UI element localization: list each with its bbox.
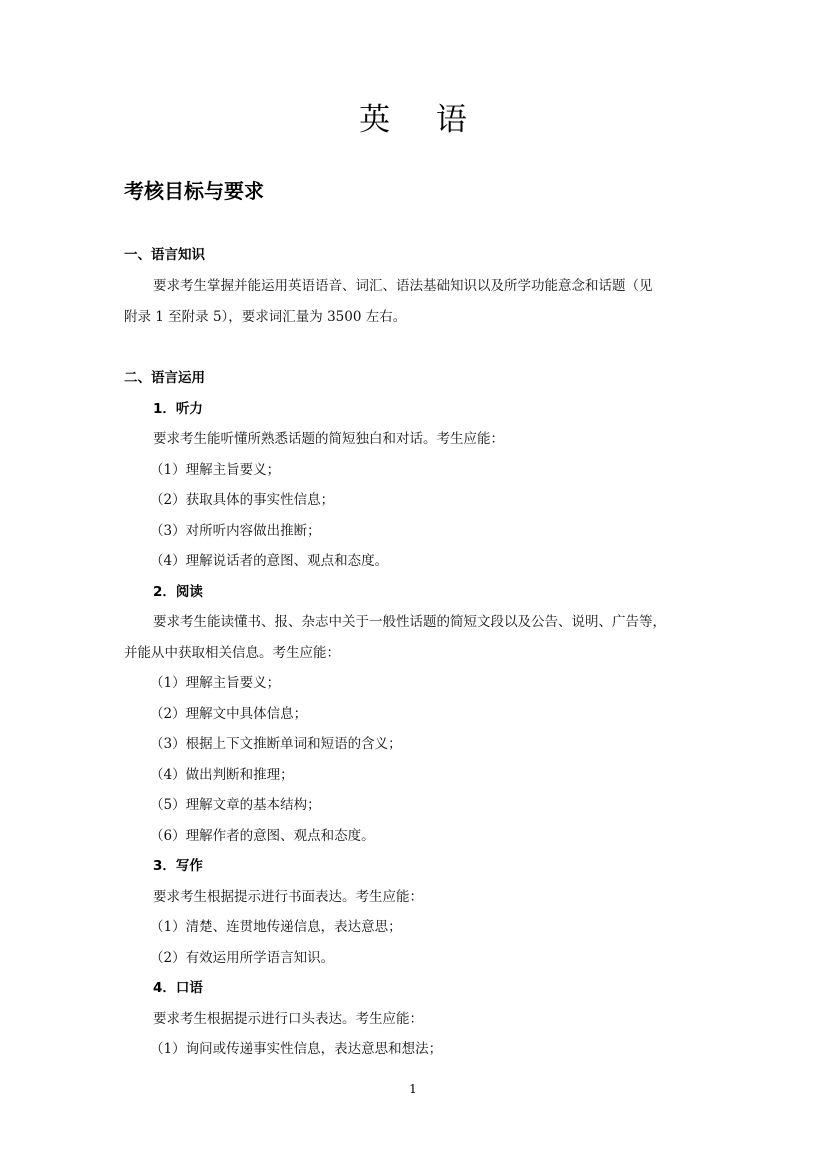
section-heading-language-knowledge: 一、语言知识 <box>124 245 205 265</box>
paragraph-line: 要求考生能听懂所熟悉话题的简短独白和对话。考生应能： <box>153 429 504 449</box>
subsection-heading-speaking: 4．口语 <box>153 978 203 998</box>
list-item: （4）理解说话者的意图、观点和态度。 <box>150 551 388 571</box>
list-item: （2）有效运用所学语言知识。 <box>150 948 334 968</box>
paragraph-line: 要求考生根据提示进行书面表达。考生应能： <box>153 887 423 907</box>
list-item: （1）理解主旨要义； <box>150 460 280 480</box>
paragraph-line: 附录 1 至附录 5），要求词汇量为 3500 左右。 <box>124 307 406 327</box>
document-title: 英 语 <box>0 100 826 140</box>
list-item: （2）理解文中具体信息； <box>150 704 307 724</box>
section-heading-language-use: 二、语言运用 <box>124 368 205 388</box>
section-heading: 考核目标与要求 <box>124 176 264 206</box>
list-item: （1）清楚、连贯地传递信息，表达意思； <box>150 917 402 937</box>
paragraph-line: 要求考生根据提示进行口头表达。考生应能： <box>153 1009 423 1029</box>
subsection-heading-writing: 3．写作 <box>153 856 203 876</box>
list-item: （4）做出判断和推理； <box>150 765 294 785</box>
subsection-heading-listening: 1．听力 <box>153 399 203 419</box>
paragraph-line: 并能从中获取相关信息。考生应能： <box>124 643 340 663</box>
list-item: （6）理解作者的意图、观点和态度。 <box>150 826 375 846</box>
list-item: （1）理解主旨要义； <box>150 673 280 693</box>
list-item: （5）理解文章的基本结构； <box>150 795 321 815</box>
list-item: （1）询问或传递事实性信息，表达意思和想法； <box>150 1039 442 1059</box>
list-item: （3）对所听内容做出推断； <box>150 521 321 541</box>
paragraph-line: 要求考生掌握并能运用英语语音、词汇、语法基础知识以及所学功能意念和话题（见 <box>153 276 653 296</box>
paragraph-line: 要求考生能读懂书、报、杂志中关于一般性话题的简短文段以及公告、说明、广告等， <box>153 612 666 632</box>
list-item: （2）获取具体的事实性信息； <box>150 490 334 510</box>
subsection-heading-reading: 2．阅读 <box>153 582 203 602</box>
page-number: 1 <box>0 1082 826 1096</box>
list-item: （3）根据上下文推断单词和短语的含义； <box>150 734 402 754</box>
